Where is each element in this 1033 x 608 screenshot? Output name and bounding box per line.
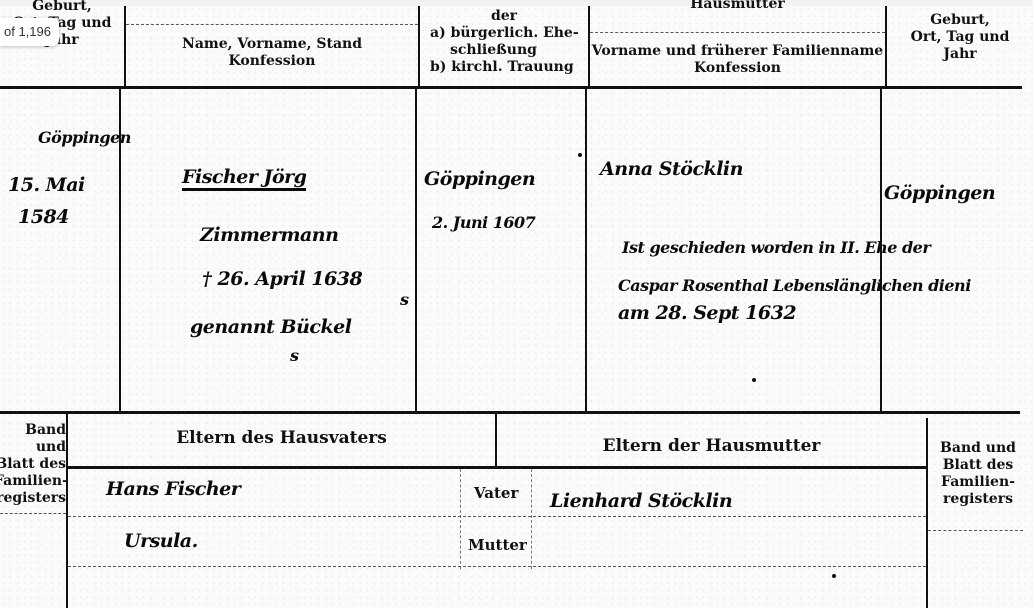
ink-dot: [832, 574, 836, 578]
handwritten-name: Anna Stöcklin: [600, 158, 743, 180]
col-divider: [415, 89, 417, 411]
header-band-left: Band und Blatt des Familien- registers: [0, 422, 66, 507]
ink-dot: [578, 153, 582, 157]
row-rule: [928, 530, 1023, 531]
header-marriage: der a) bürgerlich. Ehe- schließung b) ki…: [420, 8, 588, 76]
handwritten-note-line: Caspar Rosenthal Lebenslänglichen dieni: [618, 276, 971, 295]
header-eltern-hausvater: Eltern des Hausvaters: [68, 430, 495, 447]
entry-hausvater-father: Hans Fischer: [106, 478, 240, 500]
handwritten-place: Göppingen: [884, 182, 995, 204]
handwritten-mark: s: [400, 290, 409, 309]
handwritten-note-line: Ist geschieden worden in II. Ehe der: [622, 238, 930, 257]
header-line: registers: [928, 491, 1028, 508]
handwritten-date: 15. Mai: [8, 174, 85, 196]
header-line: Familien-: [928, 474, 1028, 491]
header-line: Konfession: [126, 53, 418, 70]
header-line: Familien-: [0, 473, 66, 490]
header-line: Band und: [928, 440, 1028, 457]
header-line: Vorname und früherer Familienname: [590, 43, 885, 60]
handwritten-name: Fischer Jörg: [182, 166, 306, 188]
handwritten-place: Göppingen: [38, 128, 131, 147]
row-rule: [68, 516, 926, 517]
section-rule: [0, 411, 1020, 414]
page-counter: of 1,196: [0, 18, 59, 46]
header-line: Band und: [0, 422, 66, 456]
label-vater: Vater: [474, 484, 518, 502]
label-mutter: Mutter: [468, 536, 527, 554]
header-hausmutter-birth: Geburt, Ort, Tag und Jahr: [887, 12, 1033, 63]
subheader-rule: [126, 24, 418, 25]
header-line: a) bürgerlich. Ehe-: [420, 25, 588, 42]
header-line: Jahr: [887, 46, 1033, 63]
header-line: schließung: [420, 42, 588, 59]
header-line: b) kirchl. Trauung: [420, 59, 588, 76]
header-hausmutter-top: Hausmutter: [590, 0, 885, 14]
header-line: Blatt des: [928, 457, 1028, 474]
entry-hausvater-mother: Ursula.: [124, 530, 198, 552]
header-hausmutter-name: Vorname und früherer Familienname Konfes…: [590, 43, 885, 77]
handwritten-nickname: genannt Bückel: [190, 316, 351, 338]
entry-hausmutter-father: Lienhard Stöcklin: [550, 490, 732, 512]
label-divider: [460, 469, 461, 569]
handwritten-occupation: Zimmermann: [200, 224, 338, 246]
header-hausvater-name: Name, Vorname, Stand Konfession: [126, 36, 418, 70]
subheader-rule: [590, 32, 885, 33]
handwritten-death: † 26. April 1638: [202, 268, 362, 290]
row-rule: [68, 566, 926, 567]
header-eltern-hausmutter: Eltern der Hausmutter: [497, 438, 926, 455]
header-line: der: [420, 8, 588, 25]
header-band-right: Band und Blatt des Familien- registers: [928, 440, 1028, 508]
label-divider: [531, 469, 532, 569]
header-rule: [0, 86, 1022, 89]
handwritten-year: 1584: [18, 206, 69, 228]
header-line: Konfession: [590, 60, 885, 77]
subheader-rule: [68, 466, 926, 469]
header-line: Blatt des: [0, 456, 66, 473]
header-line: Ort, Tag und: [887, 29, 1033, 46]
header-line: Geburt,: [0, 0, 124, 15]
surname-underlined: Fischer Jörg: [182, 166, 306, 191]
header-line: Geburt,: [887, 12, 1033, 29]
header-line: Name, Vorname, Stand: [126, 36, 418, 53]
row-rule: [0, 513, 66, 514]
handwritten-mark: s: [290, 346, 299, 365]
handwritten-place: Göppingen: [424, 168, 535, 190]
col-divider: [585, 89, 587, 411]
header-line: registers: [0, 490, 66, 507]
register-page: Geburt, Ort, Tag und Jahr Name, Vorname,…: [0, 6, 1033, 608]
handwritten-date: 2. Juni 1607: [432, 213, 535, 232]
handwritten-note-line: am 28. Sept 1632: [618, 302, 796, 324]
ink-dot: [752, 378, 756, 382]
